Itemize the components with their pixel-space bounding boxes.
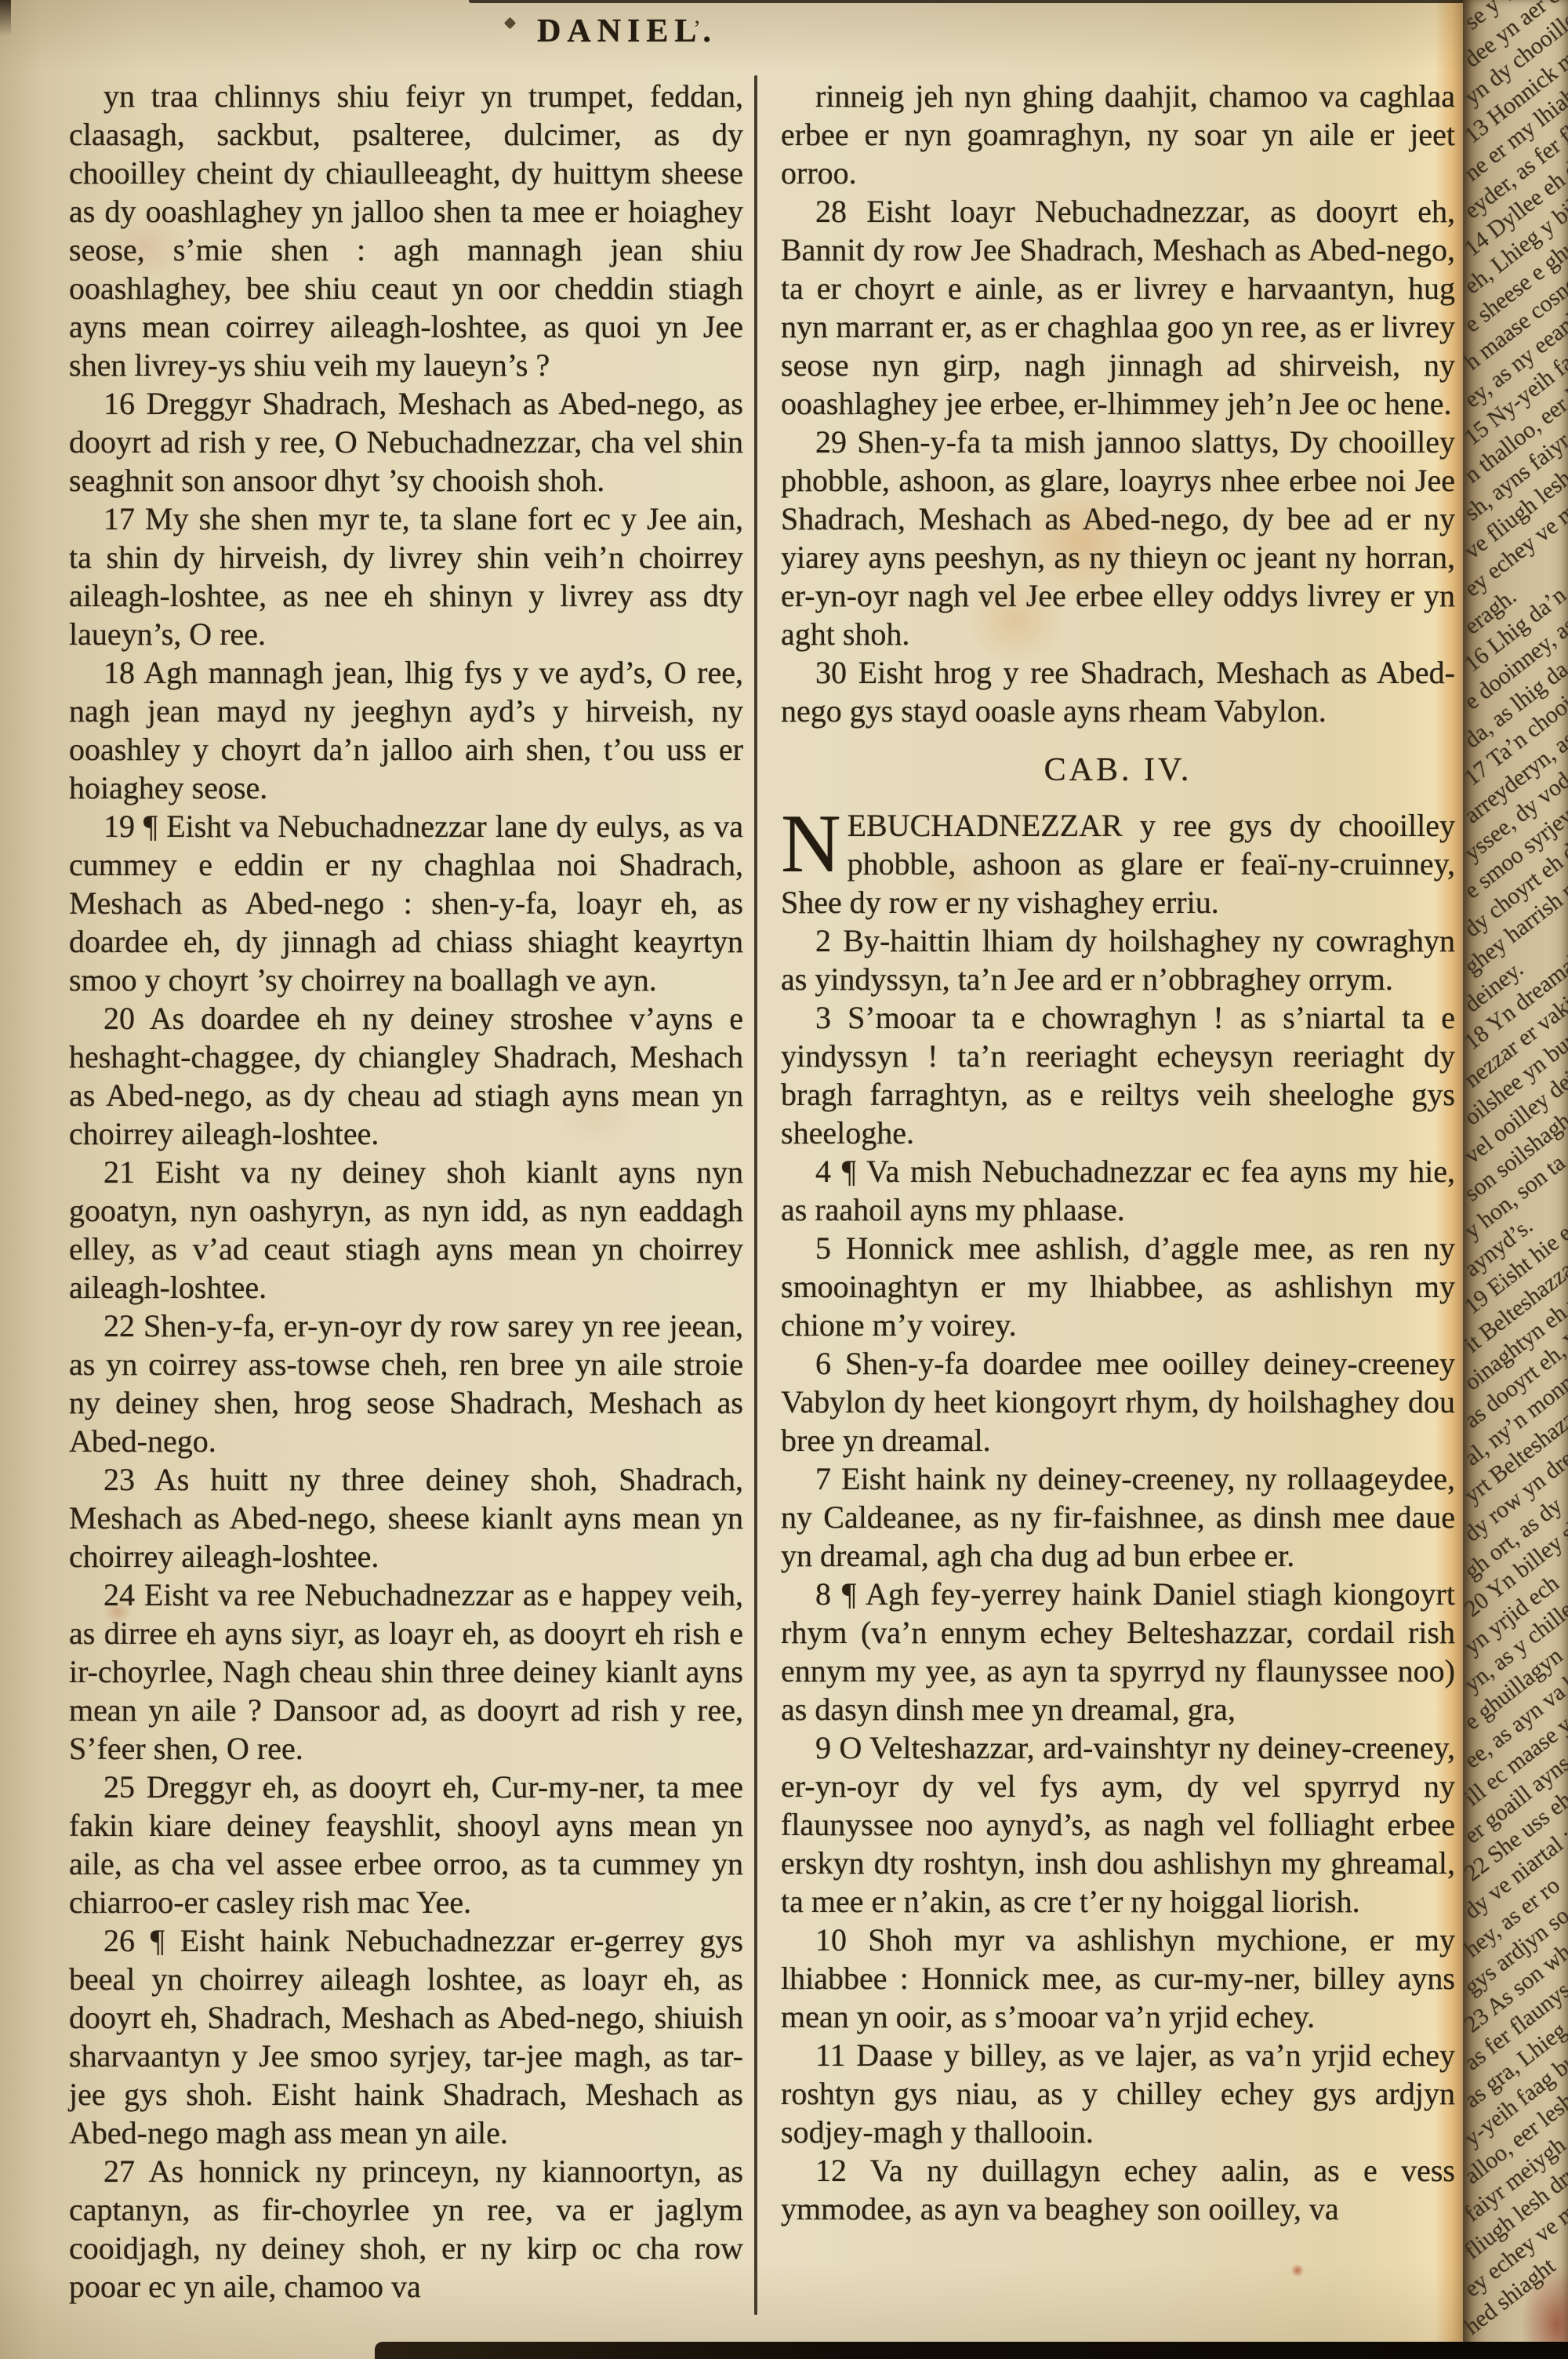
verse-paragraph: 19 ¶ Eisht va Nebuchadnezzar lane dy eul… [69,807,743,999]
chapter-opening-paragraph: NEBUCHADNEZZAR y ree gys dy chooilley ph… [781,806,1455,921]
book-page-scan: DANIEL. ’ yn traa chlinnys shiu feiyr yn… [0,0,1568,2359]
right-column-verses-ch4: 2 By-haittin lhiam dy hoilshaghey ny cow… [781,921,1455,2228]
scan-corner-shadow [0,0,11,36]
verse-paragraph: 30 Eisht hrog y ree Shadrach, Meshach as… [781,653,1455,730]
verse-paragraph: 4 ¶ Va mish Nebuchadnezzar ec fea ayns m… [781,1152,1455,1229]
verse-paragraph: 23 As huitt ny three deiney shoh, Shadra… [69,1460,743,1576]
scan-bottom-edge [375,2342,1568,2359]
verse-paragraph: 22 Shen-y-fa, er-yn-oyr dy row sarey yn … [69,1307,743,1460]
verse-paragraph: 18 Agh mannagh jean, lhig fys y ve ayd’s… [69,653,743,807]
chapter-first-word: EBUCHADNEZZAR [848,808,1123,843]
left-column: yn traa chlinnys shiu feiyr yn trumpet, … [69,77,743,2306]
page-top-edge [469,0,1466,3]
verse-paragraph: 25 Dreggyr eh, as dooyrt eh, Cur-my-ner,… [69,1768,743,1921]
verse-paragraph: 24 Eisht va ree Nebuchadnezzar as e happ… [69,1576,743,1768]
column-divider-rule [754,75,757,2315]
verse-paragraph: yn traa chlinnys shiu feiyr yn trumpet, … [69,77,743,384]
verse-paragraph: 3 S’mooar ta e chowraghyn ! as s’niartal… [781,998,1455,1152]
chapter-heading: CAB. IV. [781,751,1455,790]
verse-paragraph: 11 Daase y billey, as ve lajer, as va’n … [781,2036,1455,2151]
verse-paragraph: 28 Eisht loayr Nebuchadnezzar, as dooyrt… [781,192,1455,423]
verse-paragraph: 8 ¶ Agh fey-yerrey haink Daniel stiagh k… [781,1575,1455,1728]
verse-paragraph: 20 As doardee eh ny deiney stroshee v’ay… [69,999,743,1153]
running-head: DANIEL. [470,13,784,50]
verse-paragraph: 16 Dreggyr Shadrach, Meshach as Abed-neg… [69,384,743,500]
verse-paragraph: 26 ¶ Eisht haink Nebuchadnezzar er-gerre… [69,1921,743,2152]
drop-cap: N [781,811,841,880]
right-column-verses-ch3: rinneig jeh nyn ghing daahjit, chamoo va… [781,77,1455,730]
verse-paragraph: 12 Va ny duillagyn echey aalin, as e ves… [781,2151,1455,2228]
ink-speck: ’ [693,16,701,42]
verse-paragraph: 9 O Velteshazzar, ard-vainshtyr ny deine… [781,1728,1455,1921]
verse-paragraph: 10 Shoh myr va ashlishyn mychione, er my… [781,1921,1455,2036]
left-column-verses: yn traa chlinnys shiu feiyr yn trumpet, … [69,77,743,2306]
next-page-edge: se y vagheragdee yn aer cummyn dy chooil… [1463,0,1568,2359]
verse-paragraph: 5 Honnick mee ashlish, d’aggle mee, as r… [781,1229,1455,1344]
verse-paragraph: 29 Shen-y-fa ta mish jannoo slattys, Dy … [781,423,1455,653]
verse-paragraph: 6 Shen-y-fa doardee mee ooilley deiney-c… [781,1344,1455,1459]
verse-paragraph: rinneig jeh nyn ghing daahjit, chamoo va… [781,77,1455,192]
verse-paragraph: 17 My she shen myr te, ta slane fort ec … [69,500,743,653]
right-column: rinneig jeh nyn ghing daahjit, chamoo va… [781,77,1455,2228]
verse-paragraph: 2 By-haittin lhiam dy hoilshaghey ny cow… [781,921,1455,998]
verse-paragraph: 27 As honnick ny princeyn, ny kiannoorty… [69,2152,743,2306]
next-page-fragments: se y vagheragdee yn aer cummyn dy chooil… [1469,11,1568,2354]
verse-paragraph: 7 Eisht haink ny deiney-creeney, ny roll… [781,1459,1455,1575]
verse-paragraph: 21 Eisht va ny deiney shoh kianlt ayns n… [69,1153,743,1307]
